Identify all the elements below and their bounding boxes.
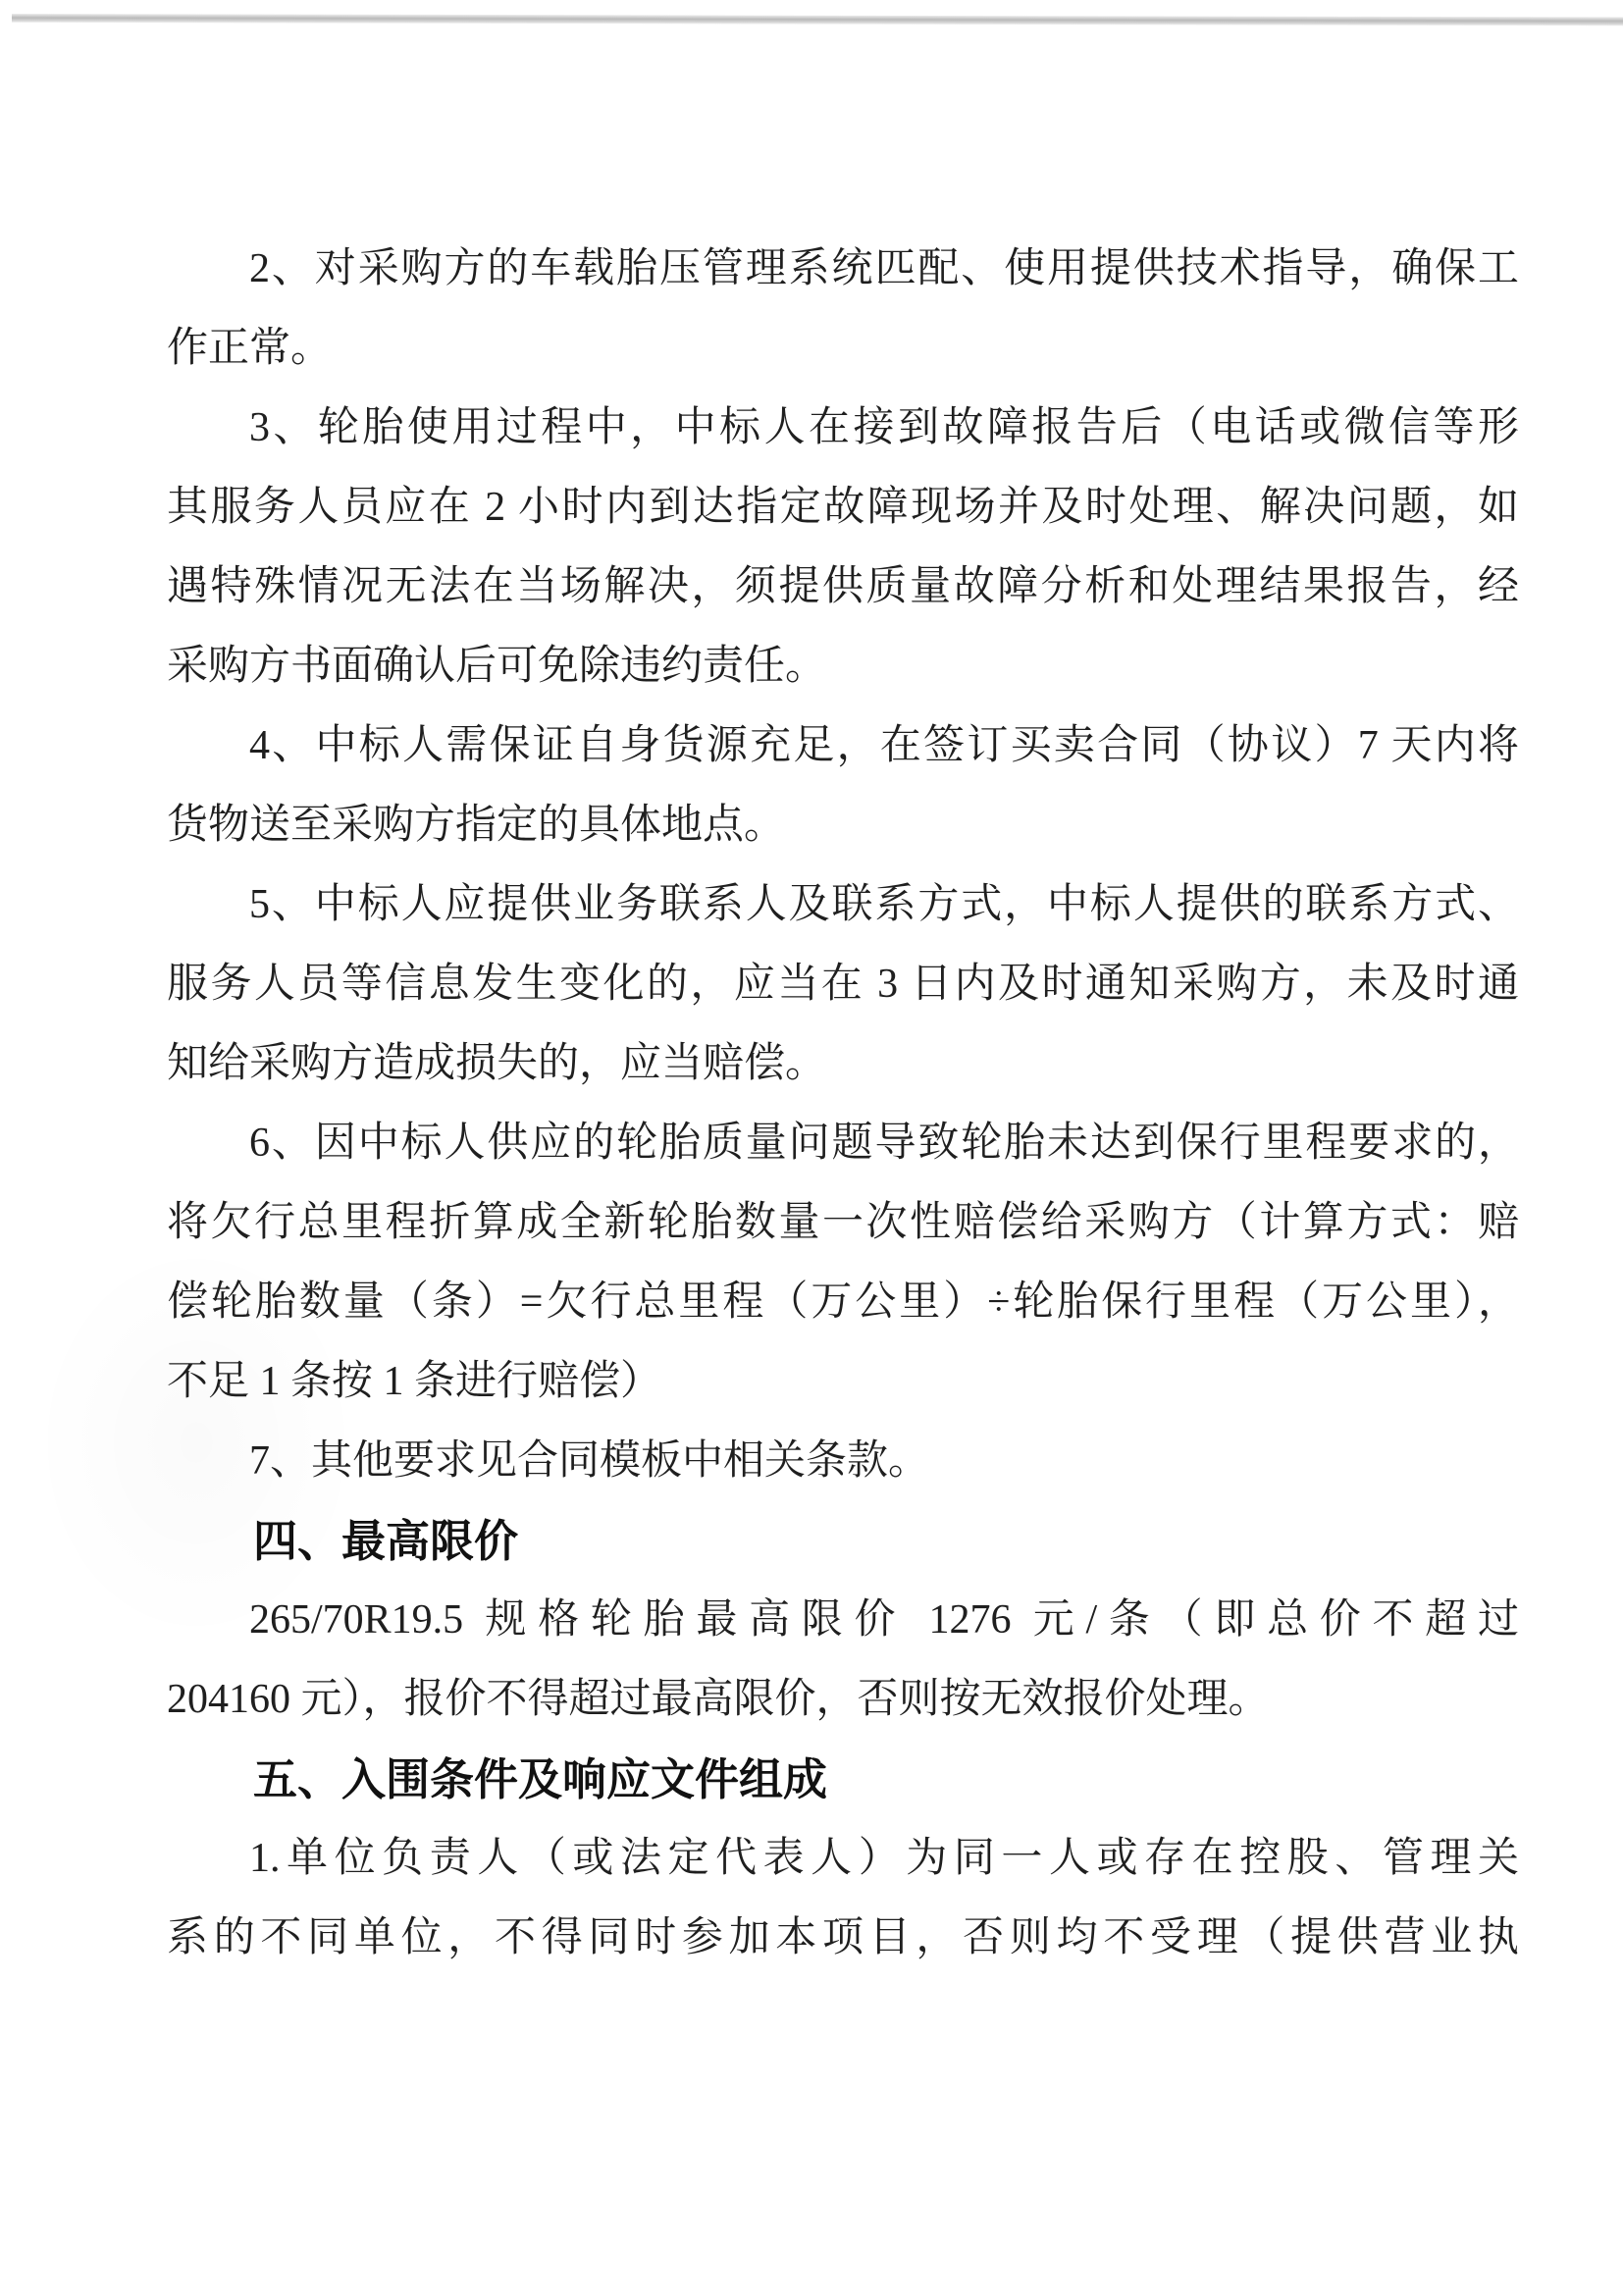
text-line: 偿轮胎数量（条）=欠行总里程（万公里）÷轮胎保行里程（万公里）， xyxy=(167,1263,1519,1342)
text-line: 服务人员等信息发生变化的，应当在 3 日内及时通知采购方，未及时通 xyxy=(167,945,1519,1024)
text-line: 不足 1 条按 1 条进行赔偿） xyxy=(167,1342,1519,1422)
text-line: 265/70R19.5 规格轮胎最高限价 1276 元/条（即总价不超过 xyxy=(167,1581,1519,1660)
text-line: 其服务人员应在 2 小时内到达指定故障现场并及时处理、解决问题，如 xyxy=(167,468,1519,548)
section-4-heading: 四、最高限价 xyxy=(167,1501,1519,1581)
text-line: 采购方书面确认后可免除违约责任。 xyxy=(167,627,1519,706)
scan-artifact-line xyxy=(12,14,1623,26)
text-line: 货物送至采购方指定的具体地点。 xyxy=(167,786,1519,865)
document-page: 2、对采购方的车载胎压管理系统匹配、使用提供技术指导，确保工 作正常。 3、轮胎… xyxy=(0,0,1623,2296)
text-line: 6、因中标人供应的轮胎质量问题导致轮胎未达到保行里程要求的， xyxy=(167,1104,1519,1183)
text-line: 5、中标人应提供业务联系人及联系方式，中标人提供的联系方式、 xyxy=(167,865,1519,945)
text-line: 3、轮胎使用过程中，中标人在接到故障报告后（电话或微信等形式）， xyxy=(167,389,1519,468)
section-5-heading: 五、入围条件及响应文件组成 xyxy=(167,1740,1519,1819)
text-line: 4、中标人需保证自身货源充足，在签订买卖合同（协议）7 天内将 xyxy=(167,706,1519,786)
text-line: 将欠行总里程折算成全新轮胎数量一次性赔偿给采购方（计算方式：赔 xyxy=(167,1183,1519,1263)
text-line: 遇特殊情况无法在当场解决，须提供质量故障分析和处理结果报告，经 xyxy=(167,548,1519,627)
document-text-block: 2、对采购方的车载胎压管理系统匹配、使用提供技术指导，确保工 作正常。 3、轮胎… xyxy=(167,230,1519,1978)
text-line: 204160 元），报价不得超过最高限价，否则按无效报价处理。 xyxy=(167,1660,1519,1740)
text-line: 作正常。 xyxy=(167,309,1519,389)
text-line: 7、其他要求见合同模板中相关条款。 xyxy=(167,1422,1519,1501)
text-line: 2、对采购方的车载胎压管理系统匹配、使用提供技术指导，确保工 xyxy=(167,230,1519,309)
text-line: 1.单位负责人（或法定代表人）为同一人或存在控股、管理关 xyxy=(167,1819,1519,1899)
text-line: 知给采购方造成损失的，应当赔偿。 xyxy=(167,1024,1519,1104)
text-line: 系的不同单位，不得同时参加本项目，否则均不受理（提供营业执 xyxy=(167,1899,1519,1978)
